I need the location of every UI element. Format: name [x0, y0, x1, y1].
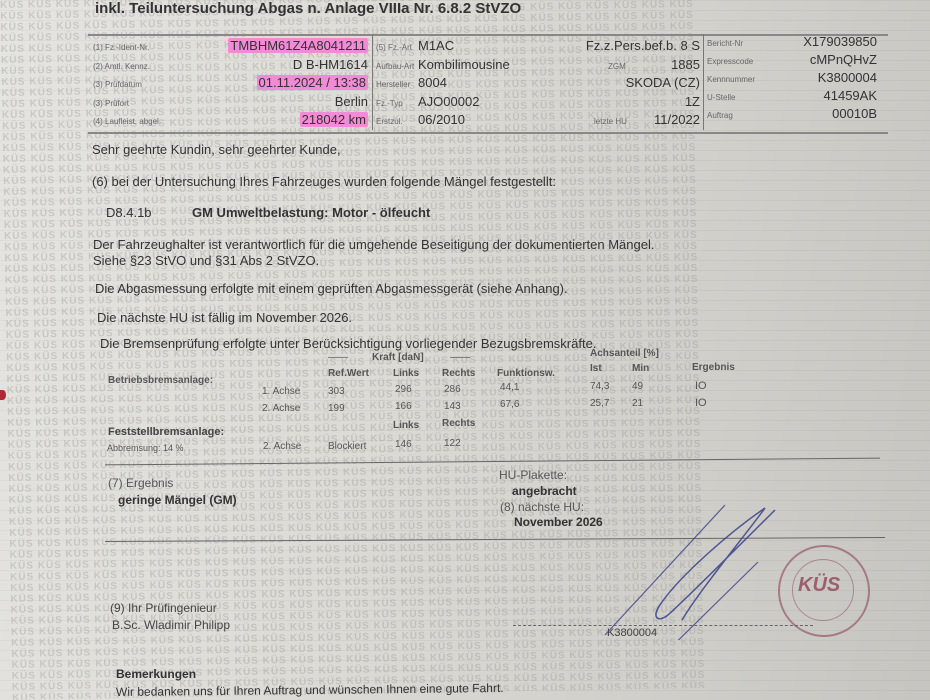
field-label: Expresscode: [707, 57, 753, 66]
field-value: D B-HM1614: [293, 57, 368, 72]
row-func: 67,6: [500, 399, 519, 410]
defects-intro: (6) bei der Untersuchung Ihres Fahrzeuge…: [92, 174, 556, 189]
row-right: 143: [444, 401, 461, 412]
responsibility-line-2: Siehe §23 StVO und §31 Abs 2 StVZO.: [93, 253, 319, 268]
row-result: IO: [695, 397, 707, 409]
field-label: (3) Prüfdatum: [93, 80, 142, 89]
row-right: 286: [444, 384, 461, 395]
responsibility-line-1: Der Fahrzeughalter ist verantwortlich fü…: [93, 237, 654, 252]
parking-decel: Abbremsung: 14 %: [107, 443, 184, 453]
remarks-label: Bemerkungen: [116, 667, 196, 681]
plakette-value: angebracht: [512, 484, 577, 498]
next-hu-label: (8) nächste HU:: [500, 500, 584, 514]
col-ergebnis: Ergebnis: [692, 362, 735, 373]
vehicle-info-box: [88, 34, 888, 134]
parking-col-links: Links: [393, 420, 419, 431]
field-value: K3800004: [818, 70, 877, 85]
field-label: (5) Fz.-Art: [376, 43, 412, 52]
field-value: X179039850: [803, 34, 877, 49]
field-label: (1) Fz.-Ident-Nr.: [93, 43, 149, 52]
field-value: 1885: [671, 57, 700, 72]
divider: [372, 34, 373, 130]
field-value: cMPnQHvZ: [810, 52, 877, 67]
service-brake-label: Betriebsbremsanlage:: [108, 375, 213, 386]
field-value: AJO00002: [418, 94, 479, 109]
field-label: Auftrag: [707, 111, 733, 120]
field-value: Fz.z.Pers.bef.b. 8 S: [586, 38, 700, 53]
field-value: 41459AK: [824, 88, 878, 103]
brake-group-force: Kraft [daN]: [372, 352, 424, 363]
parking-left: 146: [395, 439, 412, 450]
row-min: 49: [632, 381, 643, 392]
field-value: 01.11.2024 / 13:38: [257, 75, 368, 90]
document-title: inkl. Teiluntersuchung Abgas n. Anlage V…: [95, 0, 521, 17]
field-label: U-Stelle: [707, 93, 735, 102]
emission-note: Die Abgasmessung erfolgte mit einem gepr…: [95, 281, 568, 296]
col-ref: Ref.Wert: [328, 368, 369, 379]
brake-group-axle: Achsanteil [%]: [590, 348, 659, 359]
field-label: (3) Prüfort: [93, 99, 129, 108]
row-axle: 2. Achse: [262, 403, 300, 414]
col-min: Min: [632, 363, 649, 374]
defect-description: GM Umweltbelastung: Motor - ölfeucht: [192, 205, 430, 220]
field-label: (2) Amtl. Kennz.: [93, 62, 150, 71]
col-funktionsw: Funktionsw.: [497, 368, 555, 379]
field-value: SKODA (CZ): [626, 75, 700, 90]
parking-col-rechts: Rechts: [442, 418, 475, 429]
brake-group-force-line: ——: [328, 352, 348, 363]
red-margin-mark: [0, 390, 6, 400]
brake-group-force-line: ——: [450, 352, 470, 363]
field-label: (4) Laufleist. abgel.: [93, 117, 161, 126]
field-label: ZGM: [608, 62, 626, 71]
row-ref: 199: [328, 403, 345, 414]
field-value: 11/2022: [654, 112, 700, 127]
row-left: 296: [395, 384, 412, 395]
parking-brake-label: Feststellbremsanlage:: [108, 426, 224, 438]
col-ist: Ist: [590, 363, 602, 374]
divider: [703, 34, 704, 130]
plakette-label: HU-Plakette:: [499, 468, 567, 482]
parking-right: 122: [444, 438, 461, 449]
row-ist: 25,7: [590, 398, 609, 409]
field-value: 06/2010: [418, 112, 465, 127]
result-value: geringe Mängel (GM): [118, 493, 237, 507]
row-func: 44,1: [500, 382, 519, 393]
field-value: M1AC: [418, 38, 454, 53]
parking-axle: 2. Achse: [263, 441, 301, 452]
field-value: 00010B: [832, 106, 877, 121]
field-label: Aufbau-Art: [376, 62, 414, 71]
field-label: Fz.-Typ: [376, 99, 403, 108]
row-left: 166: [395, 401, 412, 412]
col-rechts: Rechts: [442, 368, 475, 379]
field-value: 218042 km: [300, 112, 368, 127]
field-value: 8004: [418, 75, 447, 90]
field-label: Erstzul.: [376, 117, 403, 126]
field-label: letzte HU: [594, 117, 627, 126]
field-value: TMBHM61Z4A8041211: [228, 38, 368, 53]
field-value: Kombilimousine: [418, 57, 510, 72]
signature-icon: [590, 490, 790, 640]
result-label: (7) Ergebnis: [108, 476, 173, 490]
field-label: Hersteller: [376, 80, 410, 89]
field-value: Berlin: [335, 94, 368, 109]
salutation: Sehr geehrte Kundin, sehr geehrter Kunde…: [92, 142, 341, 157]
inspector-name: B.Sc. Wladimir Philipp: [112, 618, 230, 632]
brake-intro: Die Bremsenprüfung erfolgte unter Berück…: [100, 336, 596, 351]
row-ist: 74,3: [590, 381, 609, 392]
defect-code: D8.4.1b: [106, 205, 152, 220]
row-min: 21: [632, 398, 643, 409]
row-ref: 303: [328, 386, 345, 397]
field-label: Kennnummer: [707, 75, 755, 84]
next-hu-note: Die nächste HU ist fällig im November 20…: [97, 310, 352, 325]
inspector-label: (9) Ihr Prüfingenieur: [110, 601, 217, 615]
field-label: Bericht-Nr: [707, 39, 743, 48]
col-links: Links: [393, 368, 419, 379]
row-axle: 1. Achse: [262, 386, 300, 397]
field-value: 1Z: [685, 94, 700, 109]
parking-ref: Blockiert: [328, 441, 366, 452]
stamp-text: KÜS: [798, 574, 840, 597]
kus-stamp: KÜS: [778, 545, 870, 637]
row-result: IO: [695, 380, 707, 392]
